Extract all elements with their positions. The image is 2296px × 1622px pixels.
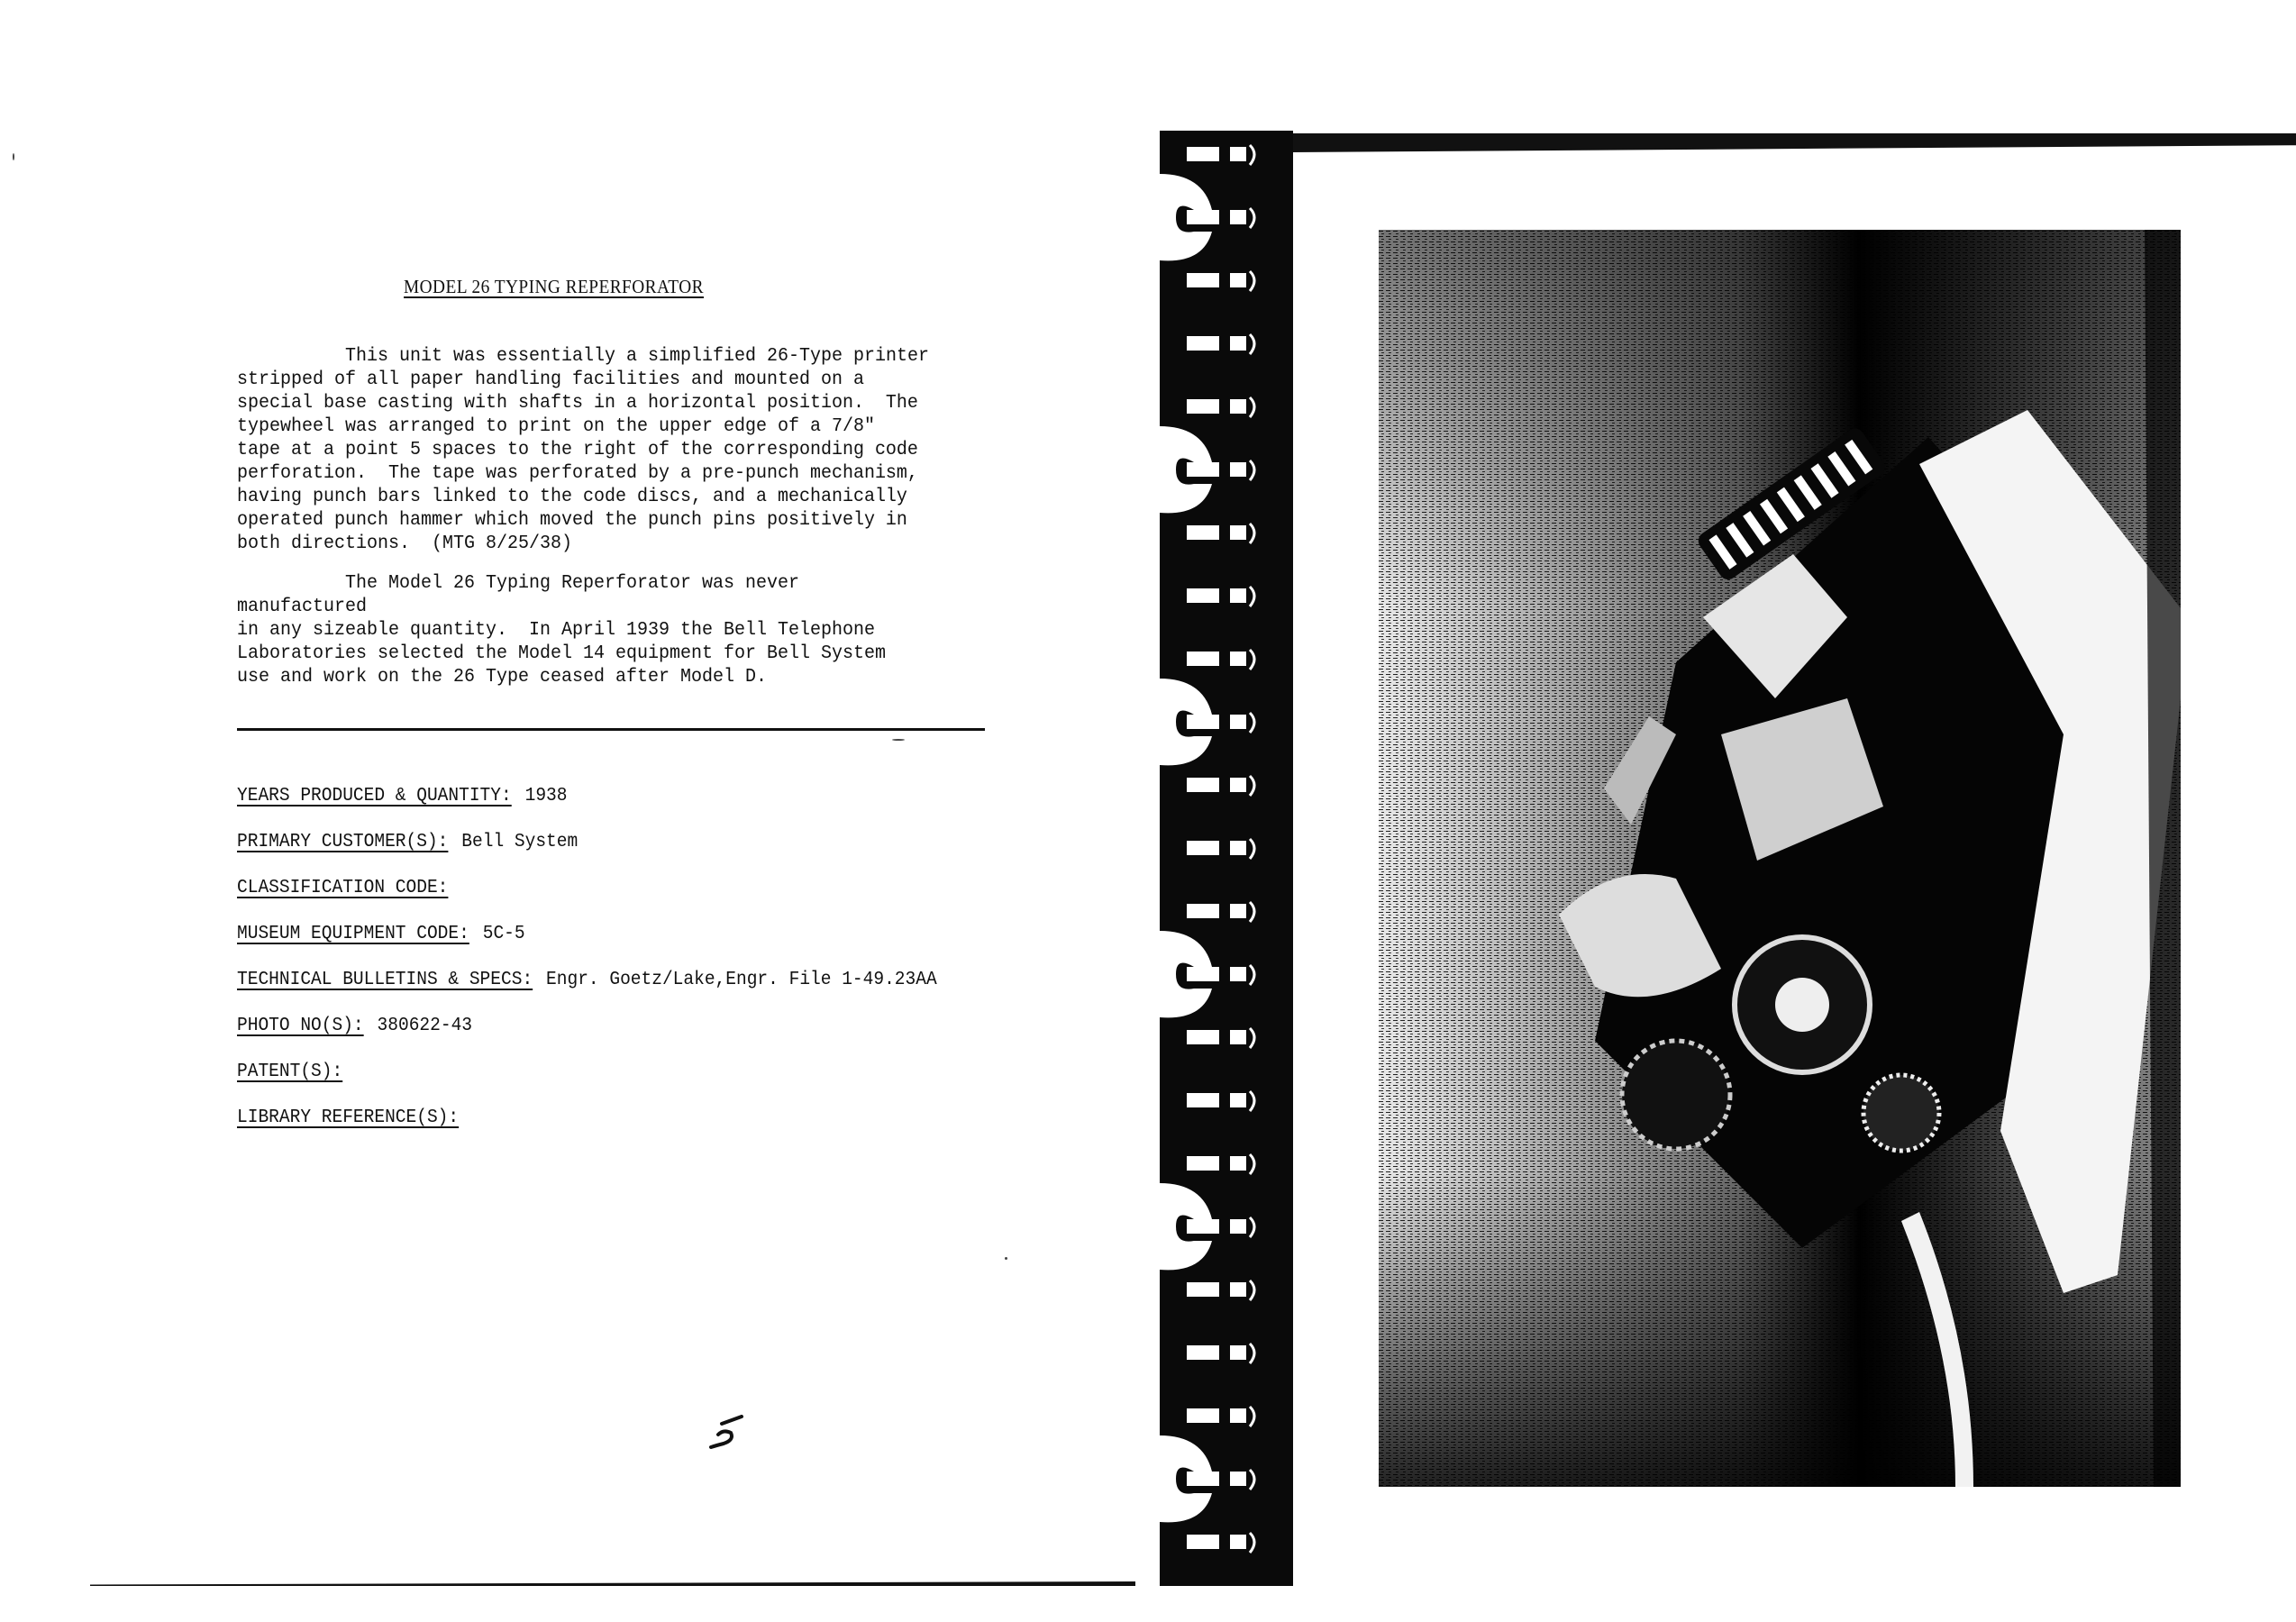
description-paragraph-2: The Model 26 Typing Reperforator was nev… xyxy=(237,571,933,688)
field-classification-code: CLASSIFICATION CODE: xyxy=(237,878,461,898)
field-value: 380622-43 xyxy=(378,1016,472,1036)
field-value: Engr. Goetz/Lake,Engr. File 1-49.23AA xyxy=(546,970,937,990)
field-years-produced: YEARS PRODUCED & QUANTITY:1938 xyxy=(237,786,567,806)
field-label: PHOTO NO(S): xyxy=(237,1016,364,1036)
field-value: 5C-5 xyxy=(483,924,525,944)
scan-speck xyxy=(892,739,905,741)
left-page: MODEL 26 TYPING REPERFORATOR This unit w… xyxy=(0,0,1144,1622)
field-label: CLASSIFICATION CODE: xyxy=(237,878,448,898)
reperforator-photo-image xyxy=(1379,230,2181,1487)
field-technical-bulletins: TECHNICAL BULLETINS & SPECS:Engr. Goetz/… xyxy=(237,970,937,990)
field-museum-equipment-code: MUSEUM EQUIPMENT CODE:5C-5 xyxy=(237,924,525,944)
field-label: PRIMARY CUSTOMER(S): xyxy=(237,832,448,852)
field-value: 1938 xyxy=(525,786,568,806)
handwritten-page-number xyxy=(706,1415,760,1460)
scan-speck xyxy=(1005,1257,1007,1260)
field-patents: PATENT(S): xyxy=(237,1062,356,1082)
document-title: MODEL 26 TYPING REPERFORATOR xyxy=(404,276,704,298)
machine-photograph xyxy=(1379,230,2181,1487)
field-library-references: LIBRARY REFERENCE(S): xyxy=(237,1107,472,1128)
field-label: YEARS PRODUCED & QUANTITY: xyxy=(237,786,512,806)
field-label: MUSEUM EQUIPMENT CODE: xyxy=(237,924,469,944)
field-label: LIBRARY REFERENCE(S): xyxy=(237,1107,459,1128)
field-label: TECHNICAL BULLETINS & SPECS: xyxy=(237,970,533,990)
field-primary-customer: PRIMARY CUSTOMER(S):Bell System xyxy=(237,832,578,852)
field-label: PATENT(S): xyxy=(237,1062,342,1082)
section-divider xyxy=(237,728,985,731)
description-paragraph-1: This unit was essentially a simplified 2… xyxy=(237,344,933,555)
scan-speck xyxy=(13,153,14,160)
page-bottom-edge xyxy=(90,1581,1135,1586)
field-photo-numbers: PHOTO NO(S):380622-43 xyxy=(237,1016,472,1036)
field-value: Bell System xyxy=(461,832,578,852)
